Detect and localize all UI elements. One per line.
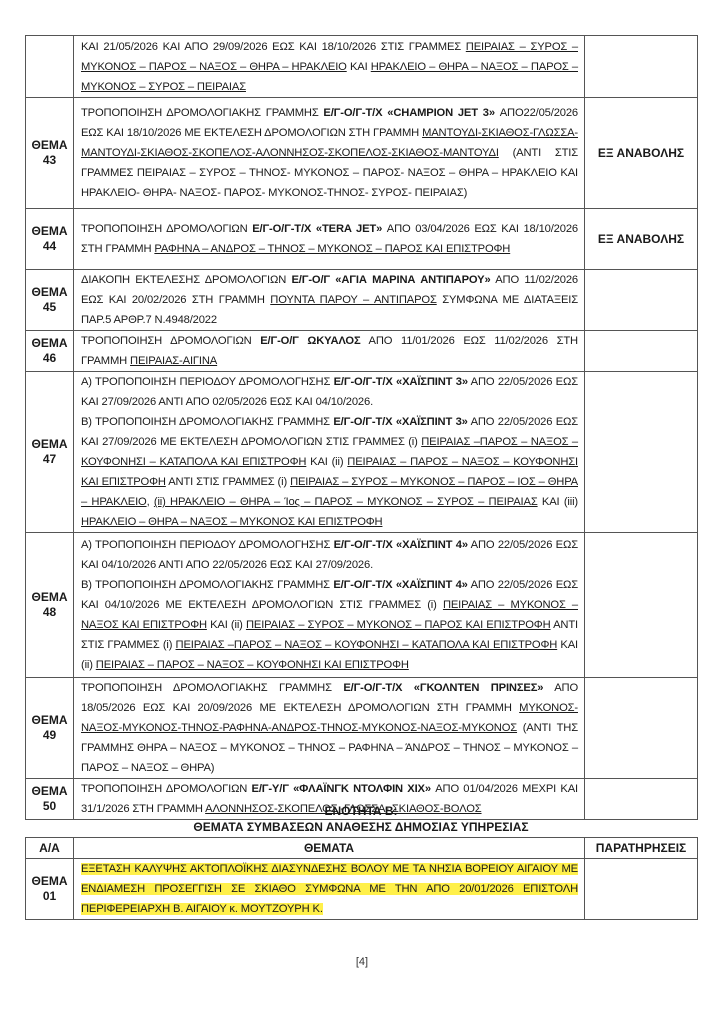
description-text: Β) ΤΡΟΠΟΠΟΙΗΣΗ ΔΡΟΜΟΛΟΓΙΑΚΗΣ ΓΡΑΜΜΗΣ bbox=[81, 579, 333, 591]
item-remarks: ΕΞ ΑΝΑΒΟΛΗΣ bbox=[585, 98, 698, 209]
item-remarks bbox=[585, 859, 698, 920]
table-row: ΘΕΜΑ45ΔΙΑΚΟΠΗ ΕΚΤΕΛΕΣΗΣ ΔΡΟΜΟΛΟΓΙΩΝ Ε/Γ-… bbox=[26, 270, 698, 331]
route-text: ΗΡΑΚΛΕΙΟ – ΘΗΡΑ – ΝΑΞΟΣ – ΜΥΚΟΝΟΣ ΚΑΙ ΕΠ… bbox=[81, 516, 382, 528]
highlighted-text: ΕΞΕΤΑΣΗ ΚΑΛΥΨΗΣ ΑΚΤΟΠΛΟΪΚΗΣ ΔΙΑΣΥΝΔΕΣΗΣ … bbox=[81, 863, 578, 915]
description-text: Α) ΤΡΟΠΟΠΟΙΗΣΗ ΠΕΡΙΟΔΟΥ ΔΡΟΜΟΛΟΓΗΣΗΣ bbox=[81, 376, 334, 388]
item-description: ΔΙΑΚΟΠΗ ΕΚΤΕΛΕΣΗΣ ΔΡΟΜΟΛΟΓΙΩΝ Ε/Γ-Ο/Γ «Α… bbox=[74, 270, 585, 331]
item-number: ΘΕΜΑ01 bbox=[26, 859, 74, 920]
item-remarks bbox=[585, 678, 698, 779]
item-description: ΕΞΕΤΑΣΗ ΚΑΛΥΨΗΣ ΑΚΤΟΠΛΟΪΚΗΣ ΔΙΑΣΥΝΔΕΣΗΣ … bbox=[74, 859, 585, 920]
route-text: ΠΕΙΡΑΙΑΣ – ΣΥΡΟΣ – ΜΥΚΟΝΟΣ – ΠΑΡΟΣ ΚΑΙ Ε… bbox=[246, 619, 551, 631]
vessel-name: Ε/Γ-Ο/Γ «ΑΓΙΑ ΜΑΡΙΝΑ ΑΝΤΙΠΑΡΟΥ» bbox=[291, 274, 490, 286]
description-text: ΚΑΙ (ii) bbox=[306, 456, 347, 468]
section-b-title: ΕΝΟΤΗΤΑ Β: bbox=[25, 804, 697, 818]
item-remarks bbox=[585, 36, 698, 98]
item-remarks bbox=[585, 331, 698, 372]
item-number: ΘΕΜΑ43 bbox=[26, 98, 74, 209]
route-text: (ii) ΗΡΑΚΛΕΙΟ – ΘΗΡΑ – Ίος – ΠΑΡΟΣ – ΜΥΚ… bbox=[154, 496, 538, 508]
header-themata: ΘΕΜΑΤΑ bbox=[74, 838, 585, 859]
agenda-table-b: Α/Α ΘΕΜΑΤΑ ΠΑΡΑΤΗΡΗΣΕΙΣ ΘΕΜΑ01ΕΞΕΤΑΣΗ ΚΑ… bbox=[25, 837, 698, 920]
route-text: ΠΟΥΝΤΑ ΠΑΡΟΥ – ΑΝΤΙΠΑΡΟΣ bbox=[270, 294, 436, 306]
description-text: , bbox=[147, 496, 154, 508]
agenda-table-a-body: ΚΑΙ 21/05/2026 ΚΑΙ ΑΠΟ 29/09/2026 ΕΩΣ ΚΑ… bbox=[26, 36, 698, 820]
description-text: ΤΡΟΠΟΠΟΙΗΣΗ ΔΡΟΜΟΛΟΓΙΩΝ bbox=[81, 223, 252, 235]
item-remarks bbox=[585, 533, 698, 678]
item-number: ΘΕΜΑ47 bbox=[26, 372, 74, 533]
section-b-subtitle: ΘΕΜΑΤΑ ΣΥΜΒΑΣΕΩΝ ΑΝΑΘΕΣΗΣ ΔΗΜΟΣΙΑΣ ΥΠΗΡΕ… bbox=[25, 820, 697, 834]
item-number: ΘΕΜΑ49 bbox=[26, 678, 74, 779]
item-description: ΤΡΟΠΟΠΟΙΗΣΗ ΔΡΟΜΟΛΟΓΙΩΝ Ε/Γ-Ο/Γ-Τ/Χ «TER… bbox=[74, 209, 585, 270]
vessel-name: Ε/Γ-Ο/Γ-Τ/Χ «ΧΑΪΣΠΙΝΤ 3» bbox=[334, 376, 468, 388]
item-remarks bbox=[585, 270, 698, 331]
vessel-name: Ε/Γ-Ο/Γ ΩΚΥΑΛΟΣ bbox=[260, 335, 360, 347]
table-row: ΘΕΜΑ47Α) ΤΡΟΠΟΠΟΙΗΣΗ ΠΕΡΙΟΔΟΥ ΔΡΟΜΟΛΟΓΗΣ… bbox=[26, 372, 698, 533]
table-header-row: Α/Α ΘΕΜΑΤΑ ΠΑΡΑΤΗΡΗΣΕΙΣ bbox=[26, 838, 698, 859]
item-description: ΤΡΟΠΟΠΟΙΗΣΗ ΔΡΟΜΟΛΟΓΙΑΚΗΣ ΓΡΑΜΜΗΣ Ε/Γ-Ο/… bbox=[74, 98, 585, 209]
agenda-table-a: ΚΑΙ 21/05/2026 ΚΑΙ ΑΠΟ 29/09/2026 ΕΩΣ ΚΑ… bbox=[25, 35, 698, 820]
table-row: ΘΕΜΑ43ΤΡΟΠΟΠΟΙΗΣΗ ΔΡΟΜΟΛΟΓΙΑΚΗΣ ΓΡΑΜΜΗΣ … bbox=[26, 98, 698, 209]
header-aa: Α/Α bbox=[26, 838, 74, 859]
description-text: ΤΡΟΠΟΠΟΙΗΣΗ ΔΡΟΜΟΛΟΓΙΩΝ bbox=[81, 783, 252, 795]
description-text: ΑΝΤΙ ΣΤΙΣ ΓΡΑΜΜΕΣ (i) bbox=[166, 476, 290, 488]
vessel-name: Ε/Γ-Ο/Γ-Τ/Χ «CHAMPION JET 3» bbox=[323, 107, 494, 119]
vessel-name: Ε/Γ-Ο/Γ-Τ/Χ «TERA JET» bbox=[252, 223, 382, 235]
description-text: ΚΑΙ bbox=[347, 61, 371, 73]
page-number: [4] bbox=[0, 956, 724, 968]
item-remarks bbox=[585, 372, 698, 533]
item-number: ΘΕΜΑ46 bbox=[26, 331, 74, 372]
table-row: ΘΕΜΑ49ΤΡΟΠΟΠΟΙΗΣΗ ΔΡΟΜΟΛΟΓΙΑΚΗΣ ΓΡΑΜΜΗΣ … bbox=[26, 678, 698, 779]
item-number: ΘΕΜΑ44 bbox=[26, 209, 74, 270]
document-page: ΚΑΙ 21/05/2026 ΚΑΙ ΑΠΟ 29/09/2026 ΕΩΣ ΚΑ… bbox=[0, 0, 724, 1024]
table-row: ΘΕΜΑ01ΕΞΕΤΑΣΗ ΚΑΛΥΨΗΣ ΑΚΤΟΠΛΟΪΚΗΣ ΔΙΑΣΥΝ… bbox=[26, 859, 698, 920]
item-description: Α) ΤΡΟΠΟΠΟΙΗΣΗ ΠΕΡΙΟΔΟΥ ΔΡΟΜΟΛΟΓΗΣΗΣ Ε/Γ… bbox=[74, 372, 585, 533]
description-text: Α) ΤΡΟΠΟΠΟΙΗΣΗ ΠΕΡΙΟΔΟΥ ΔΡΟΜΟΛΟΓΗΣΗΣ bbox=[81, 539, 334, 551]
table-row: ΘΕΜΑ48Α) ΤΡΟΠΟΠΟΙΗΣΗ ΠΕΡΙΟΔΟΥ ΔΡΟΜΟΛΟΓΗΣ… bbox=[26, 533, 698, 678]
description-text: ΤΡΟΠΟΠΟΙΗΣΗ ΔΡΟΜΟΛΟΓΙΑΚΗΣ ΓΡΑΜΜΗΣ bbox=[81, 107, 323, 119]
description-text: ΔΙΑΚΟΠΗ ΕΚΤΕΛΕΣΗΣ ΔΡΟΜΟΛΟΓΙΩΝ bbox=[81, 274, 291, 286]
route-text: ΠΕΙΡΑΙΑΣ – ΠΑΡΟΣ – ΝΑΞΟΣ – ΚΟΥΦΟΝΗΣΙ ΚΑΙ… bbox=[96, 659, 409, 671]
vessel-name: Ε/Γ-Ο/Γ-Τ/Χ «ΧΑΪΣΠΙΝΤ 4» bbox=[333, 579, 467, 591]
item-description: ΤΡΟΠΟΠΟΙΗΣΗ ΔΡΟΜΟΛΟΓΙΑΚΗΣ ΓΡΑΜΜΗΣ Ε/Γ-Ο/… bbox=[74, 678, 585, 779]
item-remarks: ΕΞ ΑΝΑΒΟΛΗΣ bbox=[585, 209, 698, 270]
item-description: ΚΑΙ 21/05/2026 ΚΑΙ ΑΠΟ 29/09/2026 ΕΩΣ ΚΑ… bbox=[74, 36, 585, 98]
item-number: ΘΕΜΑ48 bbox=[26, 533, 74, 678]
description-text: ΚΑΙ (ii) bbox=[207, 619, 246, 631]
vessel-name: Ε/Γ-Ο/Γ-Τ/Χ «ΧΑΪΣΠΙΝΤ 3» bbox=[333, 416, 467, 428]
table-row: ΘΕΜΑ44ΤΡΟΠΟΠΟΙΗΣΗ ΔΡΟΜΟΛΟΓΙΩΝ Ε/Γ-Ο/Γ-Τ/… bbox=[26, 209, 698, 270]
vessel-name: Ε/Γ-Υ/Γ «ΦΛΑΪΝΓΚ ΝΤΟΛΦΙΝ XIX» bbox=[252, 783, 431, 795]
route-text: ΡΑΦΗΝΑ – ΑΝΔΡΟΣ – ΤΗΝΟΣ – ΜΥΚΟΝΟΣ – ΠΑΡΟ… bbox=[154, 243, 510, 255]
description-text: ΤΡΟΠΟΠΟΙΗΣΗ ΔΡΟΜΟΛΟΓΙΩΝ bbox=[81, 335, 260, 347]
item-description: Α) ΤΡΟΠΟΠΟΙΗΣΗ ΠΕΡΙΟΔΟΥ ΔΡΟΜΟΛΟΓΗΣΗΣ Ε/Γ… bbox=[74, 533, 585, 678]
description-text: Β) ΤΡΟΠΟΠΟΙΗΣΗ ΔΡΟΜΟΛΟΓΙΑΚΗΣ ΓΡΑΜΜΗΣ bbox=[81, 416, 333, 428]
agenda-table-b-body: ΘΕΜΑ01ΕΞΕΤΑΣΗ ΚΑΛΥΨΗΣ ΑΚΤΟΠΛΟΪΚΗΣ ΔΙΑΣΥΝ… bbox=[26, 859, 698, 920]
route-text: ΠΕΙΡΑΙΑΣ-ΑΙΓΙΝΑ bbox=[130, 355, 217, 367]
table-row: ΘΕΜΑ46ΤΡΟΠΟΠΟΙΗΣΗ ΔΡΟΜΟΛΟΓΙΩΝ Ε/Γ-Ο/Γ ΩΚ… bbox=[26, 331, 698, 372]
item-number: ΘΕΜΑ45 bbox=[26, 270, 74, 331]
item-number bbox=[26, 36, 74, 98]
vessel-name: Ε/Γ-Ο/Γ-Τ/Χ «ΧΑΪΣΠΙΝΤ 4» bbox=[334, 539, 468, 551]
route-text: ΠΕΙΡΑΙΑΣ –ΠΑΡΟΣ – ΝΑΞΟΣ – ΚΟΥΦΟΝΗΣΙ – ΚΑ… bbox=[176, 639, 558, 651]
description-text: ΤΡΟΠΟΠΟΙΗΣΗ ΔΡΟΜΟΛΟΓΙΑΚΗΣ ΓΡΑΜΜΗΣ bbox=[81, 682, 343, 694]
description-text: ΚΑΙ (iii) bbox=[538, 496, 578, 508]
vessel-name: Ε/Γ-Ο/Γ-Τ/Χ «ΓΚΟΛΝΤΕΝ ΠΡΙΝΣΕΣ» bbox=[343, 682, 543, 694]
item-description: ΤΡΟΠΟΠΟΙΗΣΗ ΔΡΟΜΟΛΟΓΙΩΝ Ε/Γ-Ο/Γ ΩΚΥΑΛΟΣ … bbox=[74, 331, 585, 372]
header-paratiriseis: ΠΑΡΑΤΗΡΗΣΕΙΣ bbox=[585, 838, 698, 859]
table-row: ΚΑΙ 21/05/2026 ΚΑΙ ΑΠΟ 29/09/2026 ΕΩΣ ΚΑ… bbox=[26, 36, 698, 98]
description-text: ΚΑΙ 21/05/2026 ΚΑΙ ΑΠΟ 29/09/2026 ΕΩΣ ΚΑ… bbox=[81, 41, 466, 53]
